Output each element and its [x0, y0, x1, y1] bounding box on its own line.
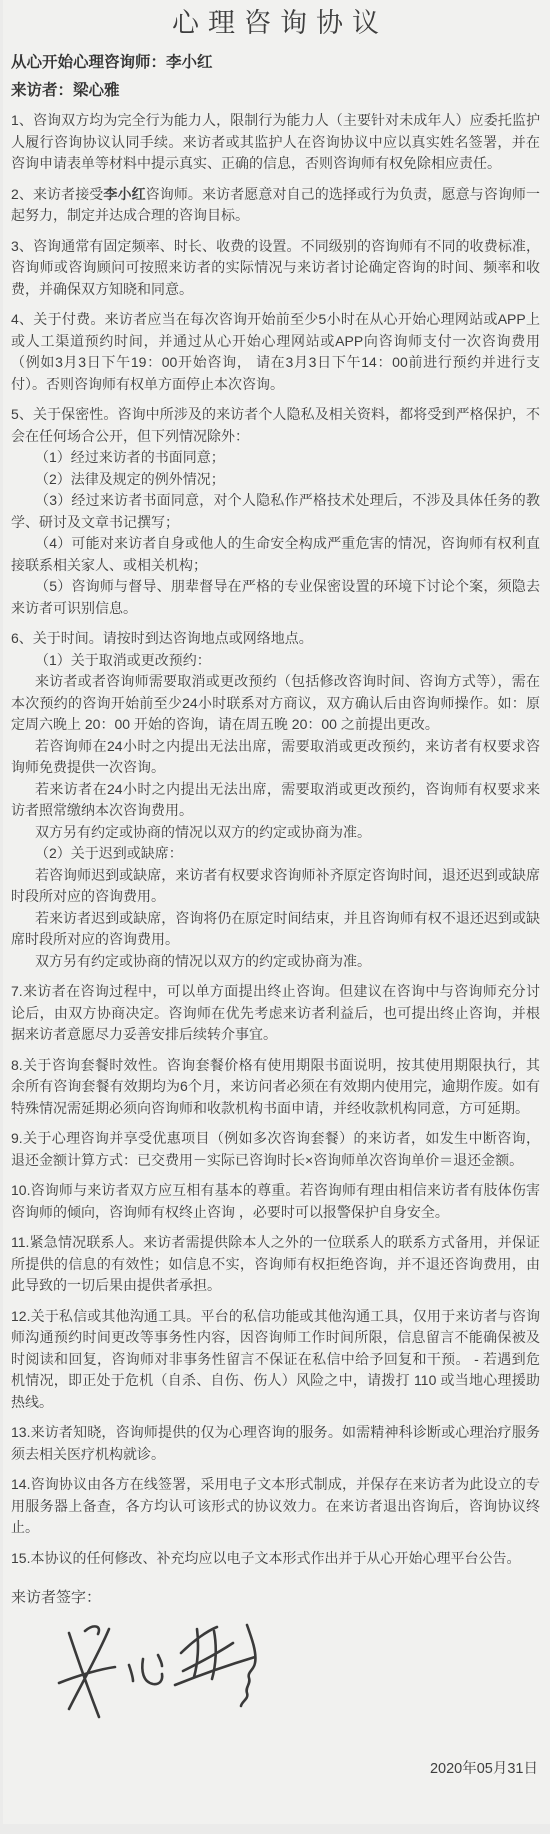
clause-paragraph: 3、咨询通常有固定频率、时长、收费的设置。不同级别的咨询师有不同的收费标准，咨询…: [11, 236, 540, 301]
clause-text: 若来访者在24小时之内提出无法出席，需要取消或更改预约，咨询师有权要求来访者照常…: [11, 781, 540, 819]
clause-sub-paragraph: 来访者或者咨询师需要取消或更改预约（包括修改咨询时间、咨询方式等），需在本次预约…: [11, 671, 540, 736]
clause-sub-paragraph: 若来访者在24小时之内提出无法出席，需要取消或更改预约，咨询师有权要求来访者照常…: [11, 779, 540, 822]
clause-text: （5）咨询师与督导、朋辈督导在严格的专业保密设置的环境下讨论个案，须隐去来访者可…: [11, 578, 540, 616]
clause-sub-paragraph: （3）经过来访者书面同意，对个人隐私作严格技术处理后，不涉及具体任务的教学、研讨…: [11, 490, 540, 533]
clause-text: 来访者或者咨询师需要取消或更改预约（包括修改咨询时间、咨询方式等），需在本次预约…: [11, 673, 540, 732]
handwritten-signature-image: [57, 1619, 272, 1724]
clause-paragraph: 11.紧急情况联系人。来访者需提供除本人之外的一位联系人的联系方式备用，并保证所…: [11, 1232, 540, 1297]
clause-sub-paragraph: （5）咨询师与督导、朋辈督导在严格的专业保密设置的环境下讨论个案，须隐去来访者可…: [11, 576, 540, 619]
clause-sub-paragraph: 双方另有约定或协商的情况以双方的约定或协商为准。: [11, 822, 540, 844]
clause-text: 12.关于私信或其他沟通工具。平台的私信功能或其他沟通工具，仅用于来访者与咨询师…: [11, 1308, 540, 1410]
clause-text: 若来访者迟到或缺席，咨询将仍在原定时间结束，并且咨询师有权不退还迟到或缺席时段所…: [11, 910, 540, 948]
agreement-document-page: 心理咨询协议 从心开始心理咨询师：李小红 来访者：梁心雅 1、咨询双方均为完全行…: [3, 0, 550, 1824]
signature-date: 2020年05月31日: [11, 1757, 540, 1778]
bold-text: 李小红: [103, 186, 145, 202]
clause-text: （1）经过来访者的书面同意；: [35, 449, 225, 465]
clause-text: 2、来访者接受: [11, 186, 103, 202]
clause-text: （4）可能对来访者自身或他人的生命安全构成严重危害的情况，咨询师有权利直接联系相…: [11, 535, 540, 573]
clause-paragraph: 13.来访者知晓，咨询师提供的仅为心理咨询的服务。如需精神科诊断或心理治疗服务须…: [11, 1422, 540, 1465]
clause-text: 8.关于咨询套餐时效性。咨询套餐价格有使用期限书面说明，按其使用期限执行，其余所…: [11, 1057, 540, 1116]
clause-text: 10.咨询师与来访者双方应互相有基本的尊重。若咨询师有理由相信来访者有肢体伤害咨…: [11, 1182, 540, 1220]
clause-sub-paragraph: （2）关于迟到或缺席：: [11, 843, 540, 865]
visitor-line: 来访者：梁心雅: [11, 80, 540, 101]
clause-text: （1）关于取消或更改预约：: [35, 652, 211, 668]
clause-sub-paragraph: 若咨询师在24小时之内提出无法出席，需要取消或更改预约，来访者有权要求咨询师免费…: [11, 736, 540, 779]
clause-text: 1、咨询双方均为完全行为能力人，限制行为能力人（主要针对未成年人）应委托监护人履…: [11, 112, 540, 171]
clause-paragraph: 9.关于心理咨询并享受优惠项目（例如多次咨询套餐）的来访者，如发生中断咨询，退还…: [11, 1128, 540, 1171]
clause-text: 3、咨询通常有固定频率、时长、收费的设置。不同级别的咨询师有不同的收费标准，咨询…: [11, 238, 540, 297]
clause-sub-paragraph: 若来访者迟到或缺席，咨询将仍在原定时间结束，并且咨询师有权不退还迟到或缺席时段所…: [11, 908, 540, 951]
clause-text: 14.咨询协议由各方在线签署，采用电子文本形式制成，并保存在来访者为此设立的专用…: [11, 1476, 540, 1535]
clause-paragraph: 8.关于咨询套餐时效性。咨询套餐价格有使用期限书面说明，按其使用期限执行，其余所…: [11, 1055, 540, 1120]
clause-text: 若咨询师在24小时之内提出无法出席，需要取消或更改预约，来访者有权要求咨询师免费…: [11, 738, 540, 776]
clause-sub-paragraph: 双方另有约定或协商的情况以双方的约定或协商为准。: [11, 951, 540, 973]
clause-paragraph: 7.来访者在咨询过程中，可以单方面提出终止咨询。但建议在咨询中与咨询师充分讨论后…: [11, 981, 540, 1046]
clause-paragraph: 10.咨询师与来访者双方应互相有基本的尊重。若咨询师有理由相信来访者有肢体伤害咨…: [11, 1180, 540, 1223]
clause-sub-paragraph: （4）可能对来访者自身或他人的生命安全构成严重危害的情况，咨询师有权利直接联系相…: [11, 533, 540, 576]
clause-text: 7.来访者在咨询过程中，可以单方面提出终止咨询。但建议在咨询中与咨询师充分讨论后…: [11, 983, 540, 1042]
clause-text: 5、关于保密性。咨询中所涉及的来访者个人隐私及相关资料，都将受到严格保护，不会在…: [11, 406, 540, 444]
clause-sub-paragraph: （2）法律及规定的例外情况；: [11, 469, 540, 491]
clause-paragraph: 1、咨询双方均为完全行为能力人，限制行为能力人（主要针对未成年人）应委托监护人履…: [11, 110, 540, 175]
clause-text: （3）经过来访者书面同意，对个人隐私作严格技术处理后，不涉及具体任务的教学、研讨…: [11, 492, 540, 530]
clause-text: 6、关于时间。请按时到达咨询地点或网络地点。: [11, 630, 313, 646]
clause-text: 13.来访者知晓，咨询师提供的仅为心理咨询的服务。如需精神科诊断或心理治疗服务须…: [11, 1424, 540, 1462]
counselor-line: 从心开始心理咨询师：李小红: [11, 52, 540, 73]
clause-paragraph: 5、关于保密性。咨询中所涉及的来访者个人隐私及相关资料，都将受到严格保护，不会在…: [11, 404, 540, 447]
clause-text: 双方另有约定或协商的情况以双方的约定或协商为准。: [35, 824, 371, 840]
clause-text: 4、关于付费。来访者应当在每次咨询开始前至少5小时在从心开始心理网站或APP上或…: [11, 311, 540, 392]
document-title: 心理咨询协议: [11, 6, 540, 40]
clause-sub-paragraph: （1）经过来访者的书面同意；: [11, 447, 540, 469]
clause-sub-paragraph: 若咨询师迟到或缺席，来访者有权要求咨询师补齐原定咨询时间，退还迟到或缺席时段所对…: [11, 865, 540, 908]
clause-paragraph: 14.咨询协议由各方在线签署，采用电子文本形式制成，并保存在来访者为此设立的专用…: [11, 1474, 540, 1539]
clause-paragraph: 15.本协议的任何修改、补充均应以电子文本形式作出并于从心开始心理平台公告。: [11, 1548, 540, 1570]
clause-text: 9.关于心理咨询并享受优惠项目（例如多次咨询套餐）的来访者，如发生中断咨询，退还…: [11, 1130, 540, 1168]
clause-text: 15.本协议的任何修改、补充均应以电子文本形式作出并于从心开始心理平台公告。: [11, 1550, 520, 1566]
clause-paragraph: 12.关于私信或其他沟通工具。平台的私信功能或其他沟通工具，仅用于来访者与咨询师…: [11, 1306, 540, 1414]
signature-area: [57, 1619, 540, 1727]
clause-paragraph: 2、来访者接受李小红咨询师。来访者愿意对自己的选择或行为负责，愿意与咨询师一起努…: [11, 184, 540, 227]
clause-text: 双方另有约定或协商的情况以双方的约定或协商为准。: [35, 953, 371, 969]
clauses-container: 1、咨询双方均为完全行为能力人，限制行为能力人（主要针对未成年人）应委托监护人履…: [11, 110, 540, 1569]
clause-text: （2）关于迟到或缺席：: [35, 845, 183, 861]
clause-text: 11.紧急情况联系人。来访者需提供除本人之外的一位联系人的联系方式备用，并保证所…: [11, 1234, 540, 1293]
clause-sub-paragraph: （1）关于取消或更改预约：: [11, 650, 540, 672]
clause-text: 若咨询师迟到或缺席，来访者有权要求咨询师补齐原定咨询时间，退还迟到或缺席时段所对…: [11, 867, 540, 905]
signature-label: 来访者签字：: [11, 1587, 540, 1609]
clause-paragraph: 4、关于付费。来访者应当在每次咨询开始前至少5小时在从心开始心理网站或APP上或…: [11, 309, 540, 395]
clause-paragraph: 6、关于时间。请按时到达咨询地点或网络地点。: [11, 628, 540, 650]
clause-text: （2）法律及规定的例外情况；: [35, 471, 225, 487]
